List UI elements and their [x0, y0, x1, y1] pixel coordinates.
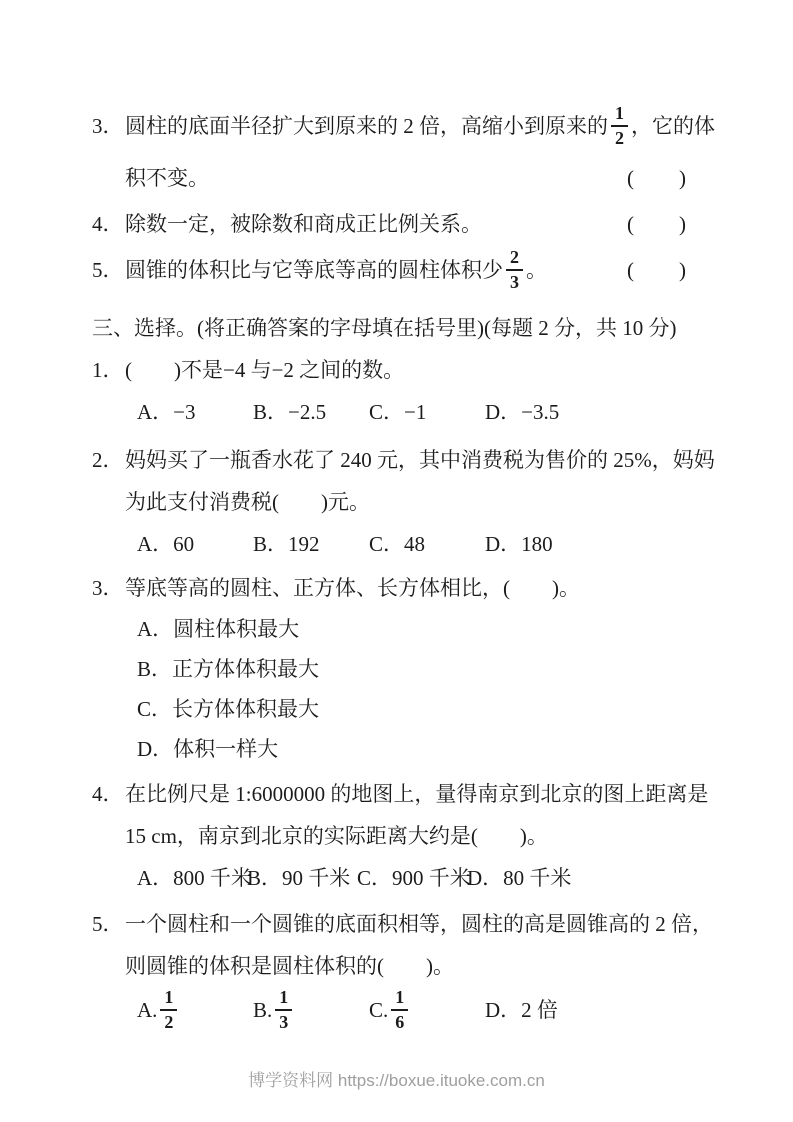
option-d: D．−3.5 [485, 391, 559, 433]
question-line: 为此支付消费税( )元。 [92, 481, 687, 523]
question-number: 4． [92, 773, 125, 815]
option-b: B. 1 3 [253, 987, 369, 1032]
question-line: 1． ( )不是−4 与−2 之间的数。 [92, 349, 687, 391]
choice-question-4: 4． 在比例尺是 1:6000000 的地图上，量得南京到北京的图上距离是 15… [92, 773, 687, 899]
choice-question-5: 5． 一个圆柱和一个圆锥的底面积相等，圆柱的高是圆锥高的 2 倍， 则圆锥的体积… [92, 903, 687, 1032]
option-fraction: 1 6 [391, 987, 408, 1032]
section-header-text: 三、选择。(将正确答案的字母填在括号里)(每题 2 分，共 10 分) [92, 307, 676, 349]
option-a: A．−3 [137, 391, 253, 433]
question-line: 则圆锥的体积是圆柱体积的( )。 [92, 945, 687, 987]
option-text: 2 倍 [521, 989, 558, 1031]
fraction-numerator: 1 [160, 987, 177, 1011]
watermark-text: 博学资料网 https://boxue.ituoke.com.cn [248, 1071, 545, 1090]
option-b: B．正方体体积最大 [92, 649, 687, 689]
option-label: A. [137, 989, 157, 1031]
question-text: 等底等高的圆柱、正方体、长方体相比，( )。 [125, 567, 580, 609]
option-a: A．圆柱体积最大 [92, 609, 687, 649]
choice-question-3: 3． 等底等高的圆柱、正方体、长方体相比，( )。 A．圆柱体积最大 B．正方体… [92, 567, 687, 769]
choice-question-2: 2． 妈妈买了一瓶香水花了 240 元，其中消费税为售价的 25%，妈妈 为此支… [92, 439, 687, 565]
question-text: 。 [526, 247, 547, 293]
question-line: 积不变。 ( ) [92, 155, 687, 201]
question-text: 为此支付消费税( )元。 [125, 481, 370, 523]
options-row: A．−3 B．−2.5 C．−1 D．−3.5 [92, 391, 687, 433]
section-header: 三、选择。(将正确答案的字母填在括号里)(每题 2 分，共 10 分) [92, 307, 687, 349]
option-a: A．60 [137, 523, 253, 565]
options-row: A. 1 2 B. 1 3 C. [92, 987, 687, 1032]
question-text: 圆柱的底面半径扩大到原来的 2 倍，高缩小到原来的 [125, 103, 608, 149]
question-text: 15 cm，南京到北京的实际距离大约是( )。 [125, 815, 548, 857]
fraction: 1 2 [611, 103, 628, 148]
question-number: 1． [92, 349, 125, 391]
fraction-denominator: 2 [611, 127, 628, 149]
question-line: 4． 在比例尺是 1:6000000 的地图上，量得南京到北京的图上距离是 [92, 773, 687, 815]
question-line: 5． 圆锥的体积比与它等底等高的圆柱体积少 2 3 。 ( ) [92, 247, 687, 293]
answer-bracket: ( ) [627, 201, 687, 247]
question-text: 积不变。 [125, 155, 209, 201]
option-b: B．−2.5 [253, 391, 369, 433]
question-text: ( )不是−4 与−2 之间的数。 [125, 349, 404, 391]
option-label: C. [369, 989, 388, 1031]
fraction-numerator: 1 [275, 987, 292, 1011]
option-text: A．圆柱体积最大 [137, 609, 299, 649]
option-c: C．−1 [369, 391, 485, 433]
option-label: B. [253, 989, 272, 1031]
option-d: D． 2 倍 [485, 989, 558, 1031]
option-fraction: 1 2 [160, 987, 177, 1032]
question-number: 3． [92, 103, 125, 149]
options-row: A．800 千米 B．90 千米 C．900 千米 D．80 千米 [92, 857, 687, 899]
option-d: D．体积一样大 [92, 729, 687, 769]
question-line: 5． 一个圆柱和一个圆锥的底面积相等，圆柱的高是圆锥高的 2 倍， [92, 903, 687, 945]
question-line: 3． 等底等高的圆柱、正方体、长方体相比，( )。 [92, 567, 687, 609]
fraction-numerator: 1 [391, 987, 408, 1011]
question-text: 圆锥的体积比与它等底等高的圆柱体积少 [125, 247, 503, 293]
fraction-denominator: 3 [506, 271, 523, 293]
option-a: A. 1 2 [137, 987, 253, 1032]
option-b: B．192 [253, 523, 369, 565]
fraction-denominator: 2 [160, 1011, 177, 1033]
option-text: D．体积一样大 [137, 729, 278, 769]
judge-item-3: 3． 圆柱的底面半径扩大到原来的 2 倍，高缩小到原来的 1 2 ，它的体 积不… [92, 103, 687, 201]
fraction: 2 3 [506, 247, 523, 292]
exam-content: 3． 圆柱的底面半径扩大到原来的 2 倍，高缩小到原来的 1 2 ，它的体 积不… [92, 103, 687, 1032]
question-number: 5． [92, 903, 125, 945]
question-number: 3． [92, 567, 125, 609]
question-number: 2． [92, 439, 125, 481]
option-fraction: 1 3 [275, 987, 292, 1032]
question-text: 除数一定，被除数和商成正比例关系。 [125, 201, 482, 247]
question-text: 妈妈买了一瓶香水花了 240 元，其中消费税为售价的 25%，妈妈 [125, 439, 715, 481]
question-line: 15 cm，南京到北京的实际距离大约是( )。 [92, 815, 687, 857]
option-text: B．正方体体积最大 [137, 649, 319, 689]
question-line: 4． 除数一定，被除数和商成正比例关系。 ( ) [92, 201, 687, 247]
fraction-numerator: 2 [506, 247, 523, 271]
fraction-denominator: 6 [391, 1011, 408, 1033]
question-text: 在比例尺是 1:6000000 的地图上，量得南京到北京的图上距离是 [125, 773, 708, 815]
exam-page: 3． 圆柱的底面半径扩大到原来的 2 倍，高缩小到原来的 1 2 ，它的体 积不… [0, 0, 793, 1122]
question-line: 3． 圆柱的底面半径扩大到原来的 2 倍，高缩小到原来的 1 2 ，它的体 [92, 103, 687, 149]
option-c: C．48 [369, 523, 485, 565]
option-d: D．180 [485, 523, 553, 565]
choice-section: 三、选择。(将正确答案的字母填在括号里)(每题 2 分，共 10 分) 1． (… [92, 307, 687, 1032]
option-c: C．900 千米 [357, 857, 467, 899]
option-d: D．80 千米 [467, 857, 577, 899]
answer-bracket: ( ) [627, 155, 687, 201]
option-c: C．长方体体积最大 [92, 689, 687, 729]
judge-item-5: 5． 圆锥的体积比与它等底等高的圆柱体积少 2 3 。 ( ) [92, 247, 687, 293]
option-text: C．长方体体积最大 [137, 689, 319, 729]
question-text: 一个圆柱和一个圆锥的底面积相等，圆柱的高是圆锥高的 2 倍， [125, 903, 713, 945]
question-text: ，它的体 [631, 103, 715, 149]
option-label: D． [485, 989, 521, 1031]
option-a: A．800 千米 [137, 857, 247, 899]
question-line: 2． 妈妈买了一瓶香水花了 240 元，其中消费税为售价的 25%，妈妈 [92, 439, 687, 481]
watermark-footer: 博学资料网 https://boxue.ituoke.com.cn [0, 1068, 793, 1094]
options-row: A．60 B．192 C．48 D．180 [92, 523, 687, 565]
choice-question-1: 1． ( )不是−4 与−2 之间的数。 A．−3 B．−2.5 C．−1 D．… [92, 349, 687, 433]
question-number: 4． [92, 201, 125, 247]
question-text: 则圆锥的体积是圆柱体积的( )。 [125, 945, 454, 987]
option-b: B．90 千米 [247, 857, 357, 899]
judge-item-4: 4． 除数一定，被除数和商成正比例关系。 ( ) [92, 201, 687, 247]
option-c: C. 1 6 [369, 987, 485, 1032]
fraction-denominator: 3 [275, 1011, 292, 1033]
fraction-numerator: 1 [611, 103, 628, 127]
answer-bracket: ( ) [627, 247, 687, 293]
question-number: 5． [92, 247, 125, 293]
